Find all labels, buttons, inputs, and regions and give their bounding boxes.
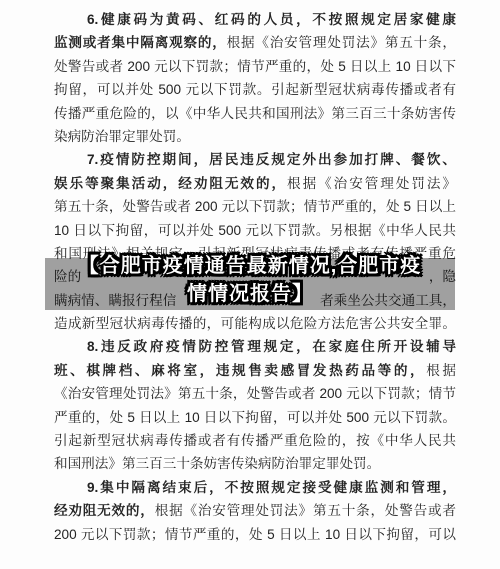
document-line: 《治安管理处罚法》第五十条，处警告或者 200 元以下罚款；情节: [54, 382, 456, 405]
document-line: 染病防治罪定罪处罚。: [54, 125, 456, 148]
document-line: 严重的，处 5 日以上 10 日以下拘留，可以并处 500 元以下罚款。: [54, 406, 456, 429]
document-line: 拘留，可以并处 500 元以下罚款。引起新型冠状病毒传播或者有: [54, 78, 456, 101]
watermark-title-line-2: 情情况报告】: [0, 280, 500, 308]
document-line: 第五十条，处警告或者 200 元以下罚款；情节严重的，处 5 日以上: [54, 195, 456, 218]
text-segment: 10 日以下拘留，可以并处 500 元以下罚款。另根据《中华人民共: [54, 223, 456, 238]
text-segment: 班、棋牌档、麻将室，违规售卖感冒发热药品等的，: [54, 363, 426, 378]
document-line: 7.疫情防控期间，居民违反规定外出参加打牌、餐饮、: [54, 148, 456, 171]
document-line: 10 日以下拘留，可以并处 500 元以下罚款。另根据《中华人民共: [54, 219, 456, 242]
document-line: 传播严重危险的，以《中华人民共和国刑法》第三百三十条妨害传: [54, 102, 456, 125]
text-segment: 第五十条，处警告或者 200 元以下罚款；情节严重的，处 5 日以上: [54, 199, 456, 214]
text-segment: 引起新型冠状病毒传播或者有传播严重危险的，按《中华人民共: [54, 433, 456, 448]
text-segment: 传播严重危险的，以《中华人民共和国刑法》第三百三十条妨害传: [54, 106, 456, 121]
text-segment: 娱乐等聚集活动，经劝阻无效的，: [54, 176, 287, 191]
document-photo: 6.健康码为黄码、红码的人员，不按照规定居家健康监测或者集中隔离观察的，根据《治…: [0, 0, 500, 569]
text-segment: 拘留，可以并处 500 元以下罚款。引起新型冠状病毒传播或者有: [54, 82, 456, 97]
document-line: 娱乐等聚集活动，经劝阻无效的，根据《治安管理处罚法》: [54, 172, 456, 195]
text-segment: 严重的，处 5 日以上 10 日以下拘留，可以并处 500 元以下罚款。: [54, 410, 456, 425]
text-segment: 《治安管理处罚法》第五十条，处警告或者 200 元以下罚款；情节: [54, 386, 456, 401]
text-segment: 根据《治安管理处罚法》: [287, 176, 456, 191]
text-segment: 造成新型冠状病毒传播的，可能构成以危险方法危害公共安全罪。: [54, 316, 456, 331]
text-segment: 8.违反政府疫情防控管理规定，在家庭住所开设辅导: [87, 339, 456, 354]
text-segment: 染病防治罪定罪处罚。: [54, 129, 190, 144]
document-line: 班、棋牌档、麻将室，违规售卖感冒发热药品等的，根据: [54, 359, 456, 382]
watermark-title: 【合肥市疫情通告最新情况,合肥市疫 情情况报告】: [0, 252, 500, 308]
document-line: 引起新型冠状病毒传播或者有传播严重危险的，按《中华人民共: [54, 429, 456, 452]
document-line: 经劝阻无效的，根据《治安管理处罚法》第五十条，处警告或者: [54, 499, 456, 522]
text-segment: 7.疫情防控期间，居民违反规定外出参加打牌、餐饮、: [87, 152, 456, 167]
document-line: 造成新型冠状病毒传播的，可能构成以危险方法危害公共安全罪。: [54, 312, 456, 335]
document-line: 处警告或者 200 元以下罚款；情节严重的，处 5 日以上 10 日以下: [54, 55, 456, 78]
text-segment: 根据《治安管理处罚法》第五十条，处警告或者: [155, 503, 456, 518]
document-line: 8.违反政府疫情防控管理规定，在家庭住所开设辅导: [54, 335, 456, 358]
document-line: 监测或者集中隔离观察的，根据《治安管理处罚法》第五十条，: [54, 31, 456, 54]
document-line: 和国刑法》第三百三十条妨害传染病防治罪定罪处罚。: [54, 452, 456, 475]
text-segment: 经劝阻无效的，: [54, 503, 155, 518]
document-line: 200 元以下罚款；情节严重的，处 5 日以上 10 日以下拘留，可以: [54, 523, 456, 546]
text-segment: 根据: [426, 363, 456, 378]
text-segment: 监测或者集中隔离观察的，: [54, 35, 227, 50]
text-segment: 处警告或者 200 元以下罚款；情节严重的，处 5 日以上 10 日以下: [54, 59, 456, 74]
watermark-title-line-1: 【合肥市疫情通告最新情况,合肥市疫: [0, 252, 500, 280]
text-segment: 和国刑法》第三百三十条妨害传染病防治罪定罪处罚。: [54, 456, 380, 471]
text-segment: 根据《治安管理处罚法》第五十条，: [227, 35, 456, 50]
text-segment: 200 元以下罚款；情节严重的，处 5 日以上 10 日以下拘留，可以: [54, 527, 456, 542]
document-line: 6.健康码为黄码、红码的人员，不按照规定居家健康: [54, 8, 456, 31]
text-segment: 9.集中隔离结束后，不按照规定接受健康监测和管理，: [87, 480, 456, 495]
text-segment: 6.健康码为黄码、红码的人员，不按照规定居家健康: [87, 12, 456, 27]
document-line: 9.集中隔离结束后，不按照规定接受健康监测和管理，: [54, 476, 456, 499]
